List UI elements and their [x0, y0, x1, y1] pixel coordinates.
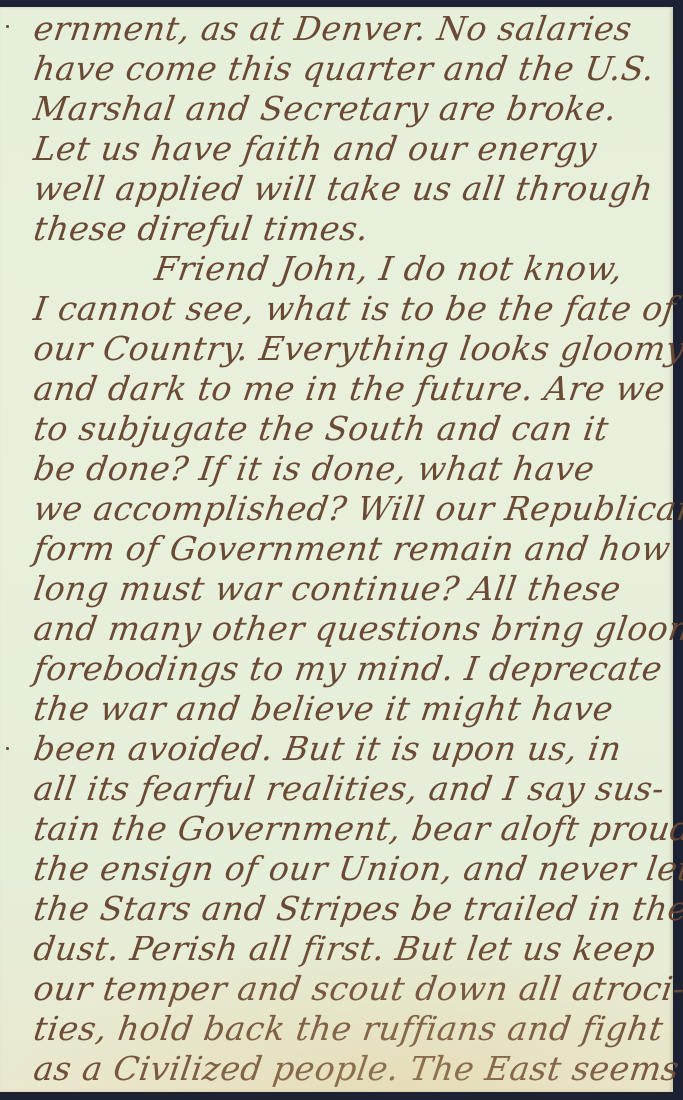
- text-line: to subjugate the South and can it: [31, 409, 611, 448]
- letter-page: ernment, as at Denver. No salaries have …: [0, 7, 673, 1092]
- text-line: long must war continue? All these: [31, 569, 623, 608]
- text-line: the Stars and Stripes be trailed in the: [31, 889, 683, 928]
- text-line: and dark to me in the future. Are we: [31, 369, 668, 408]
- text-line-indented: Friend John, I do not know,: [152, 249, 625, 288]
- text-line: our temper and scout down all atroci-: [31, 969, 683, 1008]
- text-line: I cannot see, what is to be the fate of: [31, 289, 678, 328]
- margin-mark: [6, 25, 9, 28]
- text-line: the ensign of our Union, and never let: [31, 849, 683, 888]
- text-line: have come this quarter and the U.S.: [31, 49, 657, 88]
- text-line: ernment, as at Denver. No salaries: [31, 9, 634, 48]
- text-line: been avoided. But it is upon us, in: [31, 729, 624, 768]
- text-line: well applied will take us all through: [31, 169, 656, 208]
- text-line: these direful times.: [31, 209, 371, 248]
- text-line: Marshal and Secretary are broke.: [31, 89, 619, 128]
- text-line: dust. Perish all first. But let us keep: [31, 929, 658, 968]
- text-line: Let us have faith and our energy: [31, 129, 599, 168]
- text-line: be done? If it is done, what have: [31, 449, 597, 488]
- text-line: our Country. Everything looks gloomy: [31, 329, 683, 368]
- text-line: we accomplished? Will our Republican: [31, 489, 683, 528]
- text-line: form of Government remain and how: [31, 529, 673, 568]
- text-line: forebodings to my mind. I deprecate: [31, 649, 665, 688]
- text-line: as a Civilized people. The East seems: [31, 1049, 682, 1088]
- text-line: ties, hold back the ruffians and fight: [31, 1009, 666, 1048]
- margin-mark: [6, 747, 9, 750]
- text-line: all its fearful realities, and I say sus…: [31, 769, 667, 808]
- text-line: the war and believe it might have: [31, 689, 616, 728]
- text-line: tain the Government, bear aloft proudly: [31, 809, 683, 848]
- text-line: and many other questions bring gloomy: [31, 609, 683, 648]
